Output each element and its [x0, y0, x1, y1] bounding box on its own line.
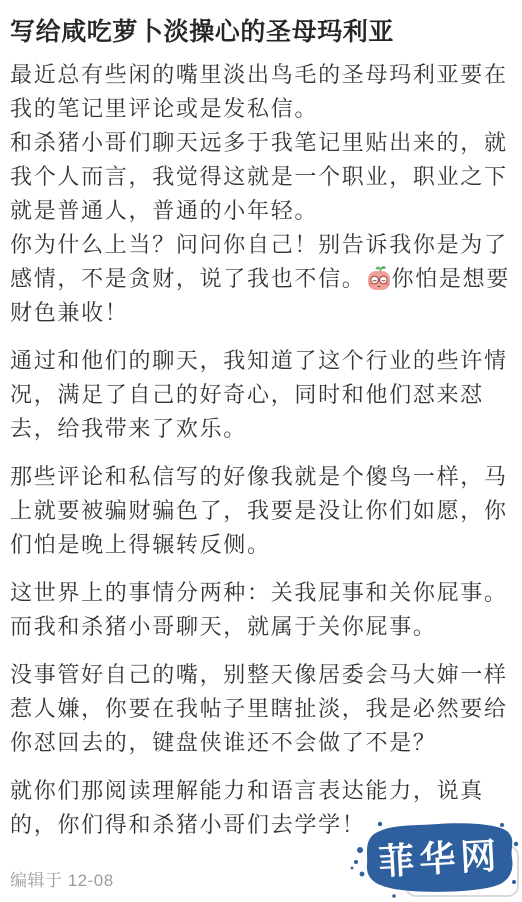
blushing-face-glasses-sprout-emoji	[366, 265, 392, 291]
paragraph-3: 你为什么上当？问问你自己！别告诉我你是为了感情，不是贪财，说了我也不信。你怕是想…	[10, 228, 516, 330]
paragraph-2: 和杀猪小哥们聊天远多于我笔记里贴出来的，就我个人而言，我觉得这就是一个职业，职业…	[10, 126, 516, 228]
paragraph-7: 没事管好自己的嘴，别整天像居委会马大婶一样惹人嫌，你要在我帖子里瞎扯淡，我是必然…	[10, 658, 516, 760]
feihua-watermark: 菲华网	[344, 816, 522, 900]
post-content: 最近总有些闲的嘴里淡出鸟毛的圣母玛利亚要在我的笔记里评论或是发私信。 和杀猪小哥…	[10, 58, 516, 842]
paragraph-5: 那些评论和私信写的好像我就是个傻鸟一样，马上就要被骗财骗色了，我要是没让你们如愿…	[10, 460, 516, 562]
paragraph-4: 通过和他们的聊天，我知道了这个行业的些许情况，满足了自己的好奇心，同时和他们怼来…	[10, 344, 516, 446]
watermark-text: 菲华网	[377, 835, 502, 882]
paragraph-6: 这世界上的事情分两种：关我屁事和关你屁事。而我和杀猪小哥聊天，就属于关你屁事。	[10, 576, 516, 644]
paragraph-1: 最近总有些闲的嘴里淡出鸟毛的圣母玛利亚要在我的笔记里评论或是发私信。	[10, 58, 516, 126]
post-title: 写给咸吃萝卜淡操心的圣母玛利亚	[10, 14, 516, 50]
note-page: 写给咸吃萝卜淡操心的圣母玛利亚 最近总有些闲的嘴里淡出鸟毛的圣母玛利亚要在我的笔…	[0, 0, 522, 902]
